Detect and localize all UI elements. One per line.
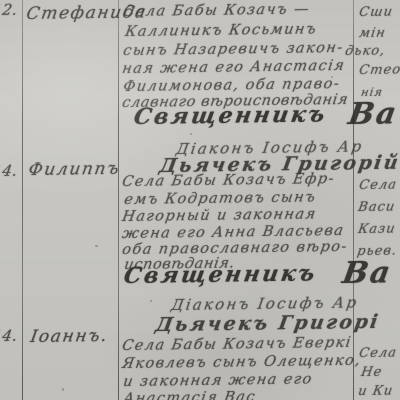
godparents-fragment: Стео xyxy=(358,62,400,78)
parents-line: и законная жена его xyxy=(122,371,314,390)
register-page-scan: 12. Стефанида Села Бабы Козачъ — Каллини… xyxy=(0,0,400,400)
godparents-fragment: Села xyxy=(358,177,398,193)
parents-line: Села Бабы Козачъ Ефр- xyxy=(121,171,336,190)
parents-line: Села Бабы Козачъ — xyxy=(122,1,311,20)
parents-line: Анастасія Вас xyxy=(122,389,257,400)
parents-line: Каллиникъ Косьминъ xyxy=(124,21,318,40)
godparents-fragment: рьев. xyxy=(356,243,398,259)
godparents-fragment: нія xyxy=(360,85,384,99)
parents-line: емъ Кодратовъ сынъ xyxy=(123,189,318,208)
priest-signature: Ва xyxy=(346,96,400,132)
priest-signature: Ва xyxy=(340,255,395,291)
parents-line: Села Бабы Козачъ Еверкі xyxy=(121,335,353,354)
child-name: Филиппъ xyxy=(27,159,122,180)
handwriting-layer: 12. Стефанида Села Бабы Козачъ — Каллини… xyxy=(0,0,400,400)
sexton-line: Дьячекъ Григорі xyxy=(154,311,382,336)
godparents-fragment: Не xyxy=(360,365,384,380)
parents-line: сынъ Назаревичъ закон- xyxy=(122,40,345,59)
godparents-fragment: дько, xyxy=(344,43,387,59)
priest-line: Священникъ xyxy=(132,101,329,130)
godparents-fragment: Кази xyxy=(357,221,397,237)
godparents-fragment: Сши xyxy=(358,5,394,20)
parents-line: ная жена его Анастасія xyxy=(121,58,346,77)
parents-line: Яковлевъ сынъ Олещенко, xyxy=(121,353,363,372)
entry-number: 14. xyxy=(0,327,19,345)
priest-line: Священникъ xyxy=(122,260,319,289)
godparents-fragment: и Ки xyxy=(357,384,394,399)
entry-number: 12. xyxy=(0,1,19,19)
godparents-fragment: Села xyxy=(358,345,398,361)
parents-line: Нагорный и законная xyxy=(121,206,318,225)
godparents-fragment: мін xyxy=(358,26,387,41)
child-name: Іоаннъ. xyxy=(29,326,110,347)
entry-number: 14. xyxy=(0,162,19,180)
godparents-fragment: Васи xyxy=(357,199,396,215)
